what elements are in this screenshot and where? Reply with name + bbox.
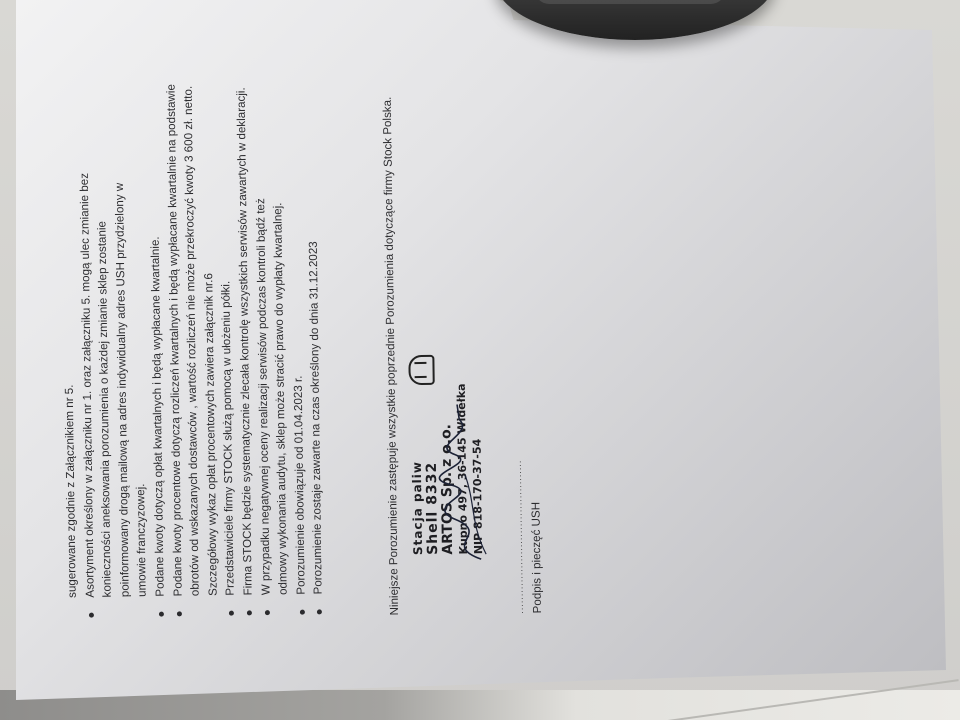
terms-list: sugerowane zgodnie z Załącznikiem nr 5.A… — [56, 56, 328, 620]
shell-logo-icon — [408, 355, 434, 385]
closing-statement: Niniejsze Porozumienie zastępuje wszystk… — [378, 55, 403, 615]
document-body: sugerowane zgodnie z Załącznikiem nr 5.A… — [56, 53, 546, 620]
company-stamp: Stacja paliw Shell 8332 ARTOS Sp. z o.o.… — [404, 54, 507, 555]
handwritten-signature — [428, 394, 490, 565]
